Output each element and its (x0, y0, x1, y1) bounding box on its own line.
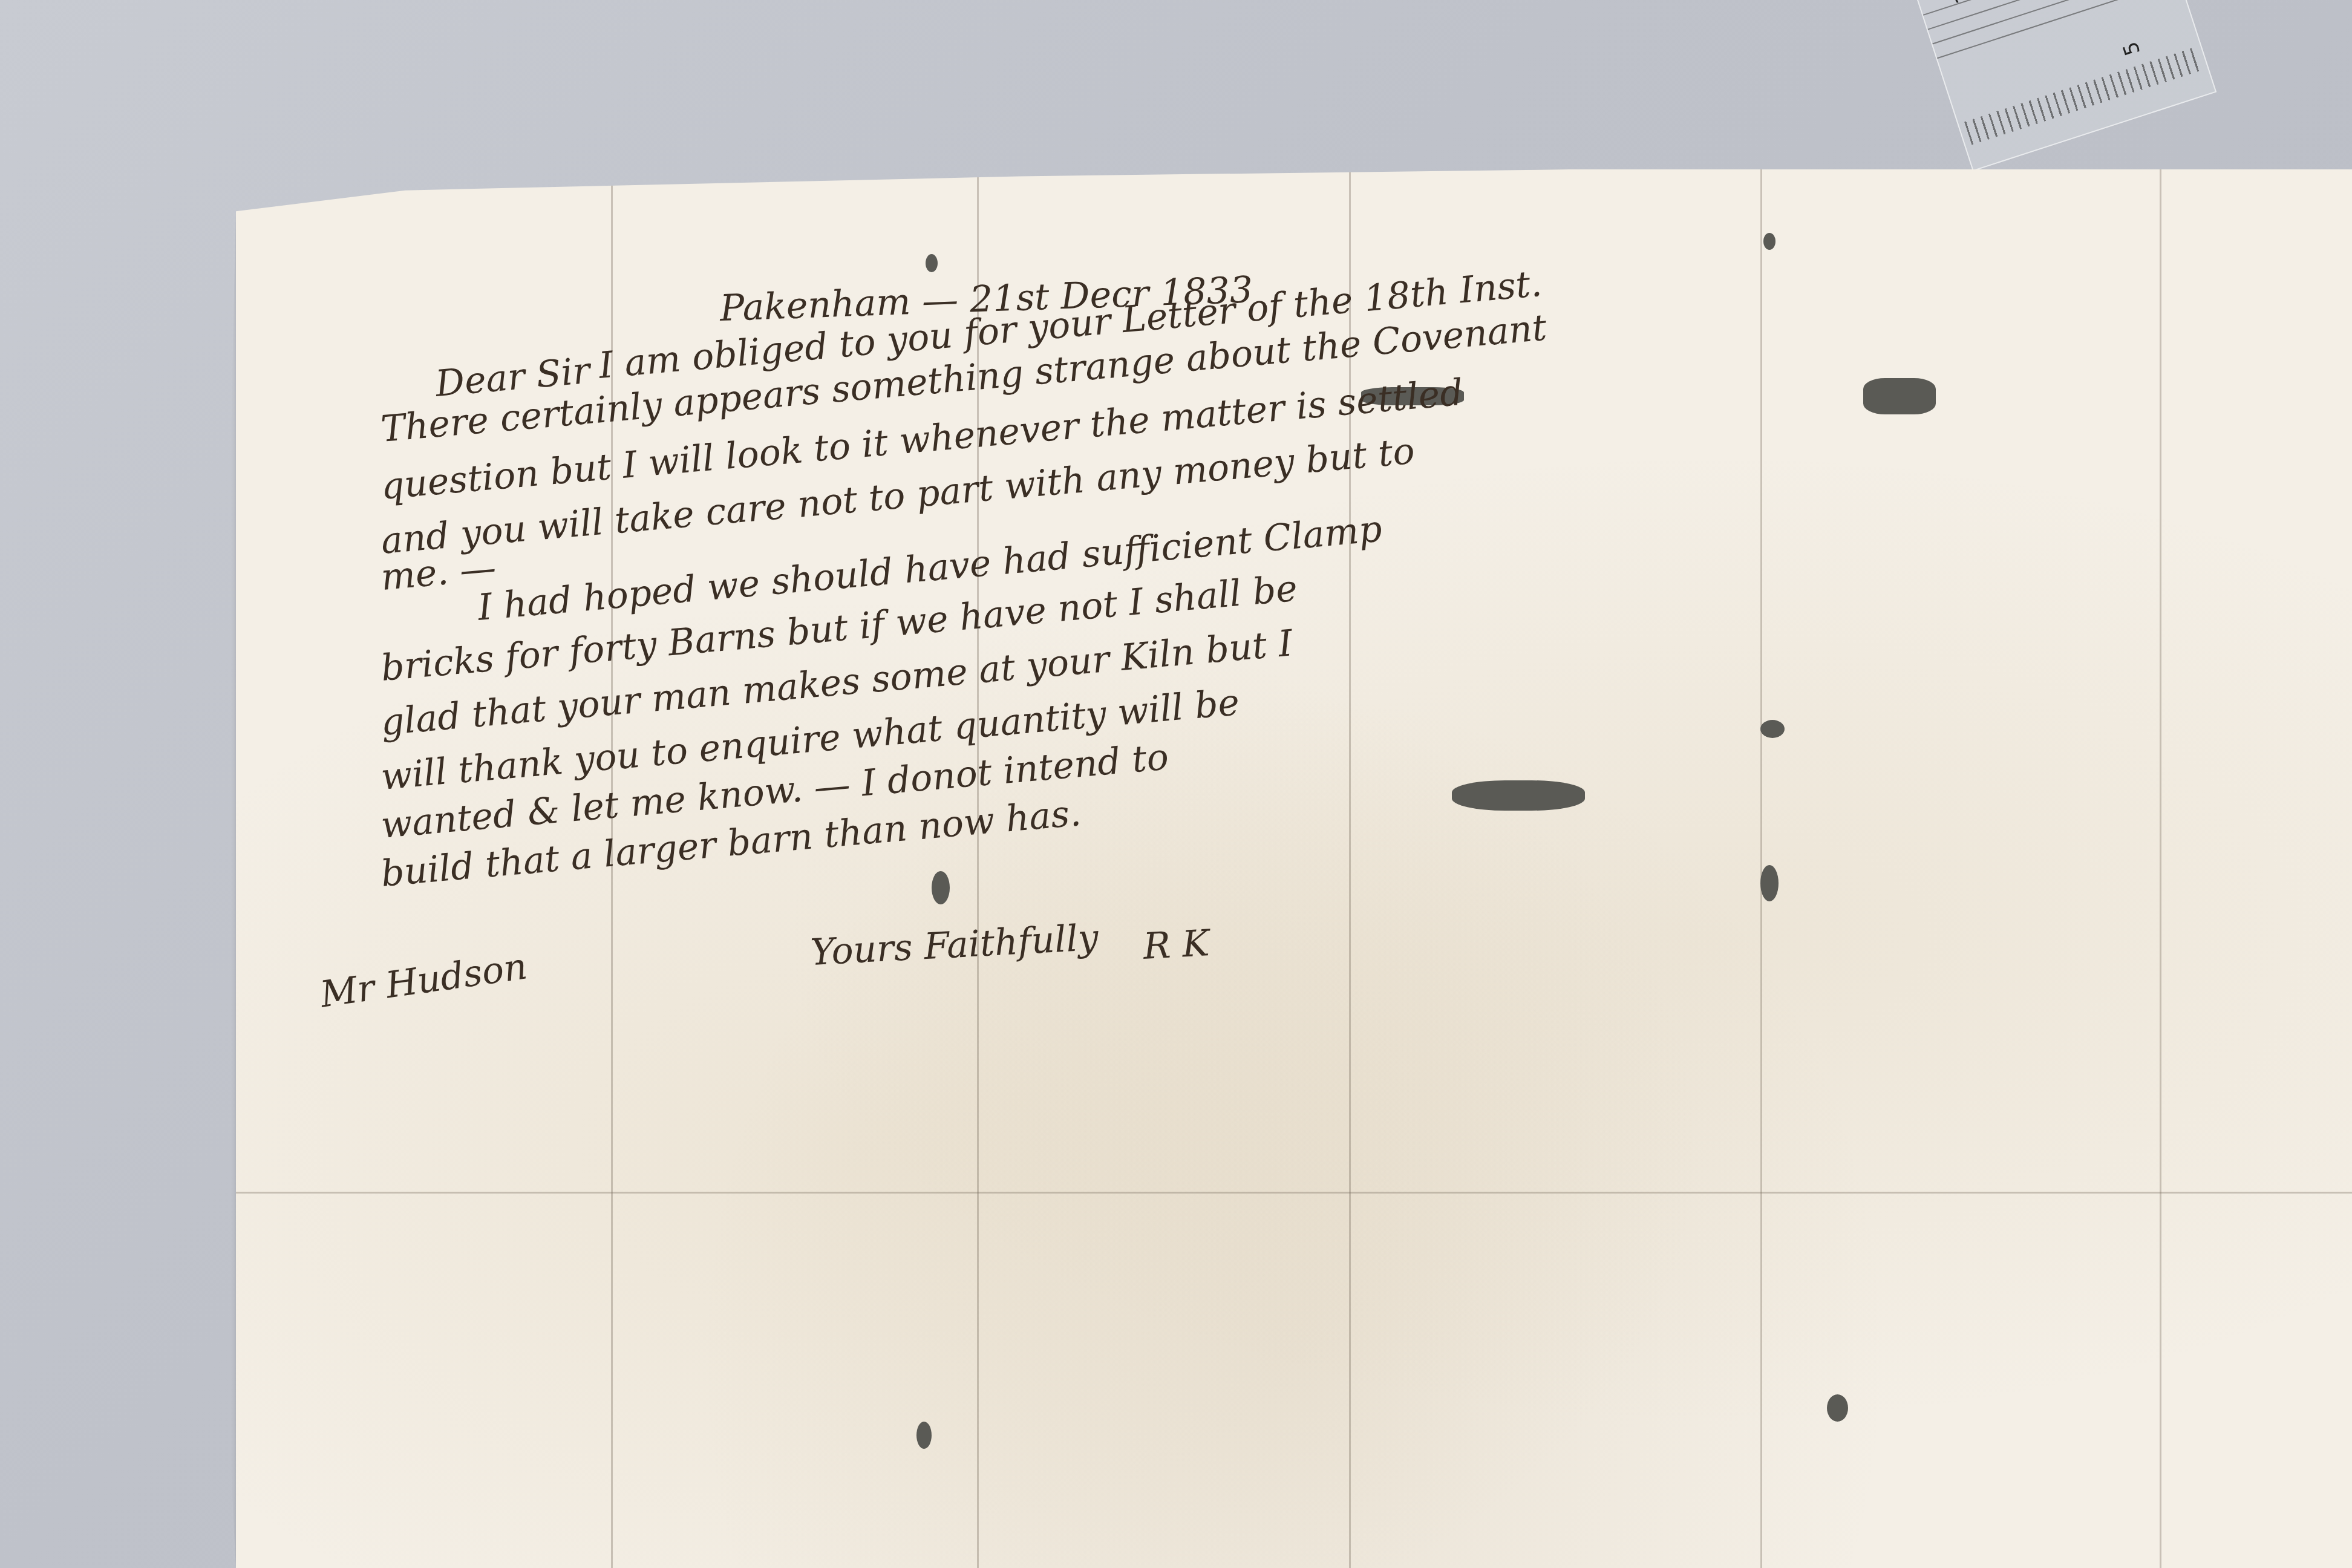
wormhole (932, 871, 950, 904)
ruler-cm-label: 5 (2118, 39, 2146, 59)
fold-line (1349, 169, 1351, 1568)
letter-addressee: Mr Hudson (318, 945, 530, 1016)
ruler-cm-ticks (1964, 47, 2202, 145)
ruler: 330 340 350 360 5 (1893, 0, 2216, 171)
fold-line (1760, 169, 1762, 1568)
tear-hole (1452, 780, 1585, 811)
wormhole (1760, 865, 1779, 901)
letter-closing: Yours Faithfully (809, 916, 1099, 974)
fold-line (236, 1192, 2352, 1194)
ruler-guide-line (1932, 0, 2174, 44)
wormhole (916, 1422, 932, 1449)
ruler-guide-line (1928, 0, 2170, 30)
letter-signature: R K (1142, 922, 1210, 968)
ruler-label: 330 (1941, 0, 1976, 6)
wormhole (926, 254, 938, 272)
fold-line (2160, 169, 2161, 1568)
wormhole (1827, 1394, 1848, 1422)
wormhole (1760, 720, 1785, 738)
letter-paper: Pakenham — 21st Decr 1833 Dear Sir I am … (236, 169, 2352, 1568)
tear-hole (1863, 378, 1936, 414)
wormhole (1763, 233, 1775, 250)
